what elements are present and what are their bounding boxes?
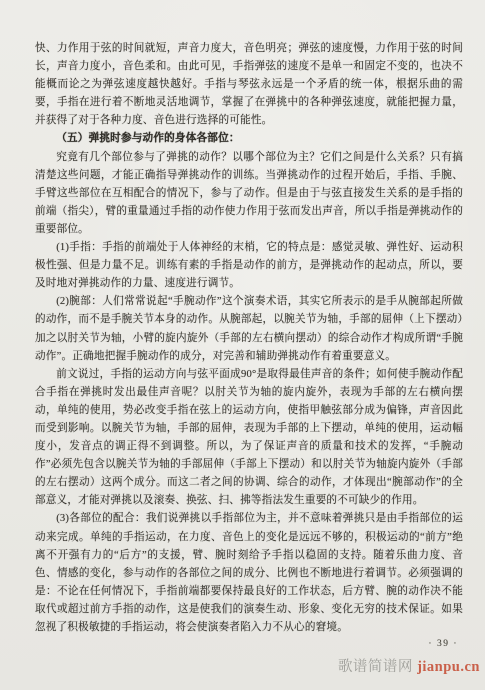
paragraph-coordination: (3)各部位的配合：我们说弹挑以手指部位为主，并不意味着弹挑只是由手指部位的运动… — [35, 510, 463, 637]
watermark-site-url: jianpu.cn — [417, 659, 480, 675]
page-number: · 39 · — [428, 639, 458, 649]
paragraph-wrist: (2)腕部：人们常常说起“手腕动作”这个演奏术语，其实它所表示的是手从腕部起所做… — [35, 293, 463, 365]
section-heading: （五）弹挑时参与动作的身体各部位： — [35, 130, 463, 148]
scanned-book-page: 快、力作用于弦的时间就短，声音力度大，音色明亮；弹弦的速度慢，力作用于弦的时间长… — [0, 0, 485, 690]
paragraph-motion-direction: 前文说过，手指的运动方向与弦平面成90°是取得最佳声音的条件；如何使手腕动作配合… — [35, 366, 463, 511]
text-column: 快、力作用于弦的时间就短，声音力度大，音色明亮；弹弦的速度慢，力作用于弦的时间长… — [35, 40, 463, 637]
paragraph-overview: 究竟有几个部位参与了弹挑的动作？以哪个部位为主？它们之间是什么关系？只有搞清楚这… — [35, 149, 463, 239]
watermark: 歌谱简谱网 jianpu.cn — [338, 655, 480, 676]
opening-paragraph: 快、力作用于弦的时间就短，声音力度大，音色明亮；弹弦的速度慢，力作用于弦的时间长… — [35, 40, 463, 130]
paragraph-finger: (1)手指：手指的前端处于人体神经的末梢，它的特点是：感觉灵敏、弹性好、运动积极… — [35, 239, 463, 293]
watermark-site-name: 歌谱简谱网 — [338, 659, 413, 675]
